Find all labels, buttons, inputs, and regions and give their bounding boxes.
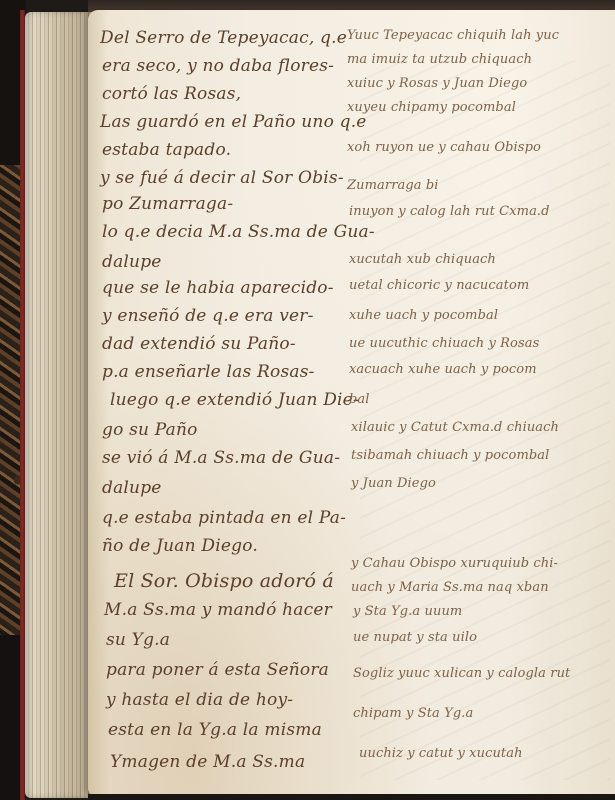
text-line: y Sta Yg.a uuum [353,604,462,619]
text-line: ue uucuthic chiuach y Rosas [349,336,539,351]
text-line: Las guardó en el Paño uno q.e [100,112,367,132]
text-line: tsibamah chiuach y pocombal [351,448,549,463]
text-line: po Zumarraga- [102,194,233,214]
text-line: y Cahau Obispo xuruquiub chi- [351,556,558,571]
text-line: chipam y Sta Yg.a [353,706,473,721]
text-line: para poner á esta Señora [106,660,329,680]
text-line: ño de Juan Diego. [102,536,258,556]
text-line: luego q.e extendió Juan Die- [110,390,359,410]
text-line: se vió á M.a Ss.ma de Gua- [102,448,340,468]
text-line: Del Serro de Tepeyacac, q.e [100,28,347,48]
text-line: M.a Ss.ma y mandó hacer [104,600,332,620]
text-line: dad extendió su Paño- [102,334,296,354]
text-line: y Juan Diego [351,476,436,491]
manuscript-scene: Del Serro de Tepeyacac, q.e era seco, y … [0,0,615,800]
text-line: ma imuiz ta utzub chiquach [347,52,532,67]
text-line: uach y Maria Ss.ma naq xban [351,580,549,595]
text-line: xuhe uach y pocombal [349,308,498,323]
text-line: xacuach xuhe uach y pocom [349,362,537,377]
text-line: y enseñó de q.e era ver- [102,306,314,326]
text-line: uuchiz y catut y xucutah [359,746,523,761]
text-line: p.a enseñarle las Rosas- [102,362,315,382]
text-line: cortó las Rosas, [102,84,241,104]
text-line: inuyon y calog lah rut Cxma.d [349,204,550,219]
text-line: lo q.e decia M.a Ss.ma de Gua- [102,222,375,242]
text-line: uetal chicoric y nacucatom [349,278,529,293]
text-line: estaba tapado. [102,140,231,160]
text-line: Zumarraga bi [347,178,439,193]
text-line: xilauic y Catut Cxma.d chiuach [351,420,559,435]
text-line: xucutah xub chiquach [349,252,496,267]
text-line: dalupe [102,478,162,498]
text-line: q.e estaba pintada en el Pa- [102,508,346,528]
text-line: dalupe [102,252,162,272]
text-line: Yuuc Tepeyacac chiquih lah yuc [347,28,559,43]
text-line: su Yg.a [106,630,170,650]
text-line: esta en la Yg.a la misma [108,720,322,740]
text-line: Sogliz yuuc xulican y calogla rut [353,666,570,681]
text-line: xoh ruyon ue y cahau Obispo [347,140,541,155]
text-line: El Sor. Obispo adoró á [114,570,334,592]
text-line: xuiuc y Rosas y Juan Diego [347,76,527,91]
text-line: era seco, y no daba flores- [102,56,334,76]
stacked-page-edges [25,12,95,798]
text-line: y se fué á decir al Sor Obis- [100,168,344,188]
text-line: y hasta el dia de hoy- [106,690,293,710]
text-line: bal [349,392,370,407]
bottom-shadow [88,794,615,800]
text-line: que se le habia aparecido- [102,278,334,298]
text-line: ue nupat y sta uilo [353,630,477,645]
text-line: xuyeu chipamy pocombal [347,100,516,115]
text-line: Ymagen de M.a Ss.ma [110,752,305,772]
text-line: go su Paño [102,420,198,440]
